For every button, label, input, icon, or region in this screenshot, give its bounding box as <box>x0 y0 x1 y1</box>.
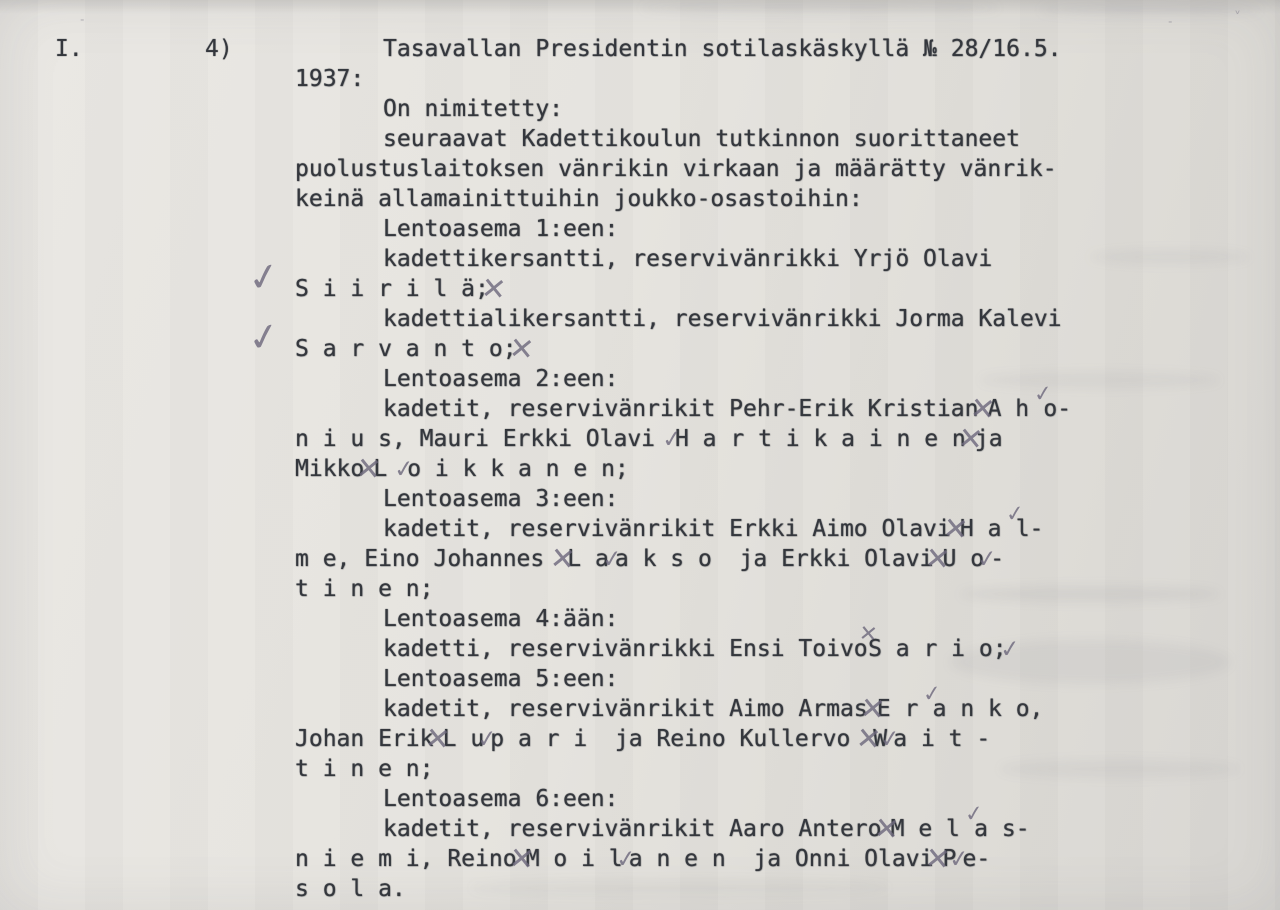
typewritten-text: a n e n ja Onni Olavi <box>629 846 934 872</box>
typewritten-text: H a r t i k a i n e n <box>675 426 966 452</box>
typewritten-text: Lentoasema 1:een: <box>383 216 618 242</box>
typewritten-text: kadetit, reservivänrikit Aimo Armas <box>383 696 868 722</box>
typewritten-text: kadettialikersantti, reservivänrikki Jor… <box>383 306 1062 332</box>
scan-speck: ˗ <box>80 12 84 28</box>
typewritten-text: Lentoasema 6:een: <box>383 786 618 812</box>
typewritten-text: kadetit, reservivänrikit Erkki Aimo Olav… <box>383 516 951 542</box>
marginal-index-label: I. <box>55 36 83 62</box>
typewritten-text: a i t - <box>893 726 990 752</box>
text-line: ✓S i i r i l ä;✕ <box>295 274 1280 304</box>
typewritten-text: On nimitetty: <box>383 96 563 122</box>
typewritten-text: Johan Erik <box>295 726 433 752</box>
typewritten-text: S a r v a n t o; <box>295 336 517 362</box>
check-mark-icon: ✓ <box>246 259 283 294</box>
typewritten-text: p a r i ja Reino Kullervo <box>490 726 864 752</box>
typewritten-text: t i n e n; <box>295 756 433 782</box>
text-line: Mikko✕L ✓o i k k a n e n; <box>295 454 1280 484</box>
check-mark-icon: ✓ <box>660 423 683 455</box>
text-line: Lentoasema 6:een: <box>295 784 1280 814</box>
text-line: seuraavat Kadettikoulun tutkinnon suorit… <box>295 124 1280 154</box>
typewritten-text: puolustuslaitoksen vänrikin virkaan ja m… <box>295 156 1057 182</box>
text-line: Tasavallan Presidentin sotilaskäskyllä №… <box>295 34 1280 64</box>
text-line: ✓S a r v a n t o;✕ <box>295 334 1280 364</box>
text-line: Lentoasema 3:een: <box>295 484 1280 514</box>
typewritten-text: M o i l <box>526 846 623 872</box>
check-mark-icon: ✓ <box>879 723 902 755</box>
text-line: puolustuslaitoksen vänrikin virkaan ja m… <box>295 154 1280 184</box>
typewritten-text: Lentoasema 3:een: <box>383 486 618 512</box>
cross-mark-icon: ✕ <box>479 274 507 306</box>
cross-mark-icon: ✕ <box>549 544 577 576</box>
bleedthrough-smudge <box>640 2 1000 14</box>
check-mark-icon: ✓ <box>614 843 637 875</box>
typewritten-text: keinä allamainittuihin joukko-osastoihin… <box>295 186 863 212</box>
text-line: On nimitetty: <box>295 94 1280 124</box>
cross-mark-icon: ✕ <box>924 544 952 576</box>
text-line: t i n e n; <box>295 754 1280 784</box>
text-line: t i n e n; <box>295 574 1280 604</box>
typewritten-text: kadetti, reservivänrikki Ensi Toivo <box>383 636 868 662</box>
cross-mark-icon: ✕ <box>507 844 535 876</box>
typewritten-text: Mikko <box>295 456 364 482</box>
typewritten-text: t i n e n; <box>295 576 433 602</box>
cross-mark-icon: ✕ <box>355 454 383 486</box>
text-line: 1937: <box>295 64 1280 94</box>
text-line: Johan Erik✕L u✓p a r i ja Reino Kullervo… <box>295 724 1280 754</box>
item-number-label: 4) <box>205 36 233 62</box>
cross-mark-icon: ✕ <box>941 514 969 546</box>
scan-speck: ˅ <box>1234 10 1241 26</box>
text-line: n i u s, Mauri Erkki Olavi ✓H a r t i k … <box>295 424 1280 454</box>
cross-mark-icon: ✕ <box>857 619 878 651</box>
typewritten-text: M e l <box>891 816 974 842</box>
text-line: m e, Eino Johannes ✕L a✓a k s o ja Erkki… <box>295 544 1280 574</box>
check-mark-icon: ✓ <box>1032 379 1053 411</box>
check-mark-icon: ✓ <box>246 319 283 354</box>
text-line: s o l a. <box>295 874 1280 904</box>
check-mark-icon: ✓ <box>393 453 416 485</box>
text-line: kadetit, reservivänrikit Aimo Armas✕E r … <box>295 694 1280 724</box>
scanned-document-page: ˗ ˗ ˅ I. 4) Tasavallan Presidentin sotil… <box>0 0 1280 910</box>
text-line: kadettialikersantti, reservivänrikki Jor… <box>295 304 1280 334</box>
typewritten-text: s o l a. <box>295 876 406 902</box>
typewritten-text: Tasavallan Presidentin sotilaskäskyllä №… <box>383 36 1062 62</box>
typewritten-text: n i u s, Mauri Erkki Olavi <box>295 426 669 452</box>
check-mark-icon: ✓ <box>600 543 623 575</box>
typewritten-text: a k s o ja Erkki Olavi <box>615 546 934 572</box>
text-line: kadetit, reservivänrikit Aaro Antero✕M e… <box>295 814 1280 844</box>
text-line: Lentoasema 4:ään: <box>295 604 1280 634</box>
typewritten-text: Lentoasema 5:een: <box>383 666 618 692</box>
typewritten-text: kadetit, reservivänrikit Aaro Antero <box>383 816 882 842</box>
text-line: Lentoasema 2:een: <box>295 364 1280 394</box>
typewritten-text: a n k o, <box>933 696 1044 722</box>
text-line: Lentoasema 5:een: <box>295 664 1280 694</box>
check-mark-icon: ✓ <box>976 543 999 575</box>
typewritten-text: n i e m i, Reino <box>295 846 517 872</box>
cross-mark-icon: ✕ <box>956 424 984 456</box>
typewritten-text: S i i r i l ä; <box>295 276 489 302</box>
typewritten-text: o i k k a n e n; <box>407 456 629 482</box>
typewritten-text: seuraavat Kadettikoulun tutkinnon suorit… <box>383 126 1020 152</box>
check-mark-icon: ✓ <box>948 843 971 875</box>
typewritten-text: Lentoasema 2:een: <box>383 366 618 392</box>
typewritten-text: 1937: <box>295 66 364 92</box>
text-line: Lentoasema 1:een: <box>295 214 1280 244</box>
typewritten-text-block: Tasavallan Presidentin sotilaskäskyllä №… <box>295 34 1280 904</box>
scan-speck: ˗ <box>1168 14 1172 30</box>
typewritten-text: Lentoasema 4:ään: <box>383 606 618 632</box>
cross-mark-icon: ✕ <box>872 814 900 846</box>
text-line: keinä allamainittuihin joukko-osastoihin… <box>295 184 1280 214</box>
bleedthrough-smudge <box>1040 4 1260 16</box>
text-line: kadetit, reservivänrikit Pehr-Erik Krist… <box>295 394 1280 424</box>
text-line: kadetit, reservivänrikit Erkki Aimo Olav… <box>295 514 1280 544</box>
cross-mark-icon: ✕ <box>507 334 535 366</box>
check-mark-icon: ✓ <box>963 799 984 831</box>
check-mark-icon: ✓ <box>476 723 499 755</box>
typewritten-text: S a r i o; <box>868 636 1006 662</box>
cross-mark-icon: ✕ <box>424 724 452 756</box>
text-line: n i e m i, Reino✕M o i l✓a n e n ja Onni… <box>295 844 1280 874</box>
typewritten-text: m e, Eino Johannes <box>295 546 558 572</box>
text-line: kadetti, reservivänrikki Ensi Toivo✕S a … <box>295 634 1280 664</box>
typewritten-text: kadetit, reservivänrikit Pehr-Erik Krist… <box>383 396 978 422</box>
check-mark-icon: ✓ <box>998 633 1021 665</box>
text-line: kadettikersantti, reservivänrikki Yrjö O… <box>295 244 1280 274</box>
typewritten-text: kadettikersantti, reservivänrikki Yrjö O… <box>383 246 992 272</box>
check-mark-icon: ✓ <box>1005 499 1026 531</box>
check-mark-icon: ✓ <box>922 679 943 711</box>
